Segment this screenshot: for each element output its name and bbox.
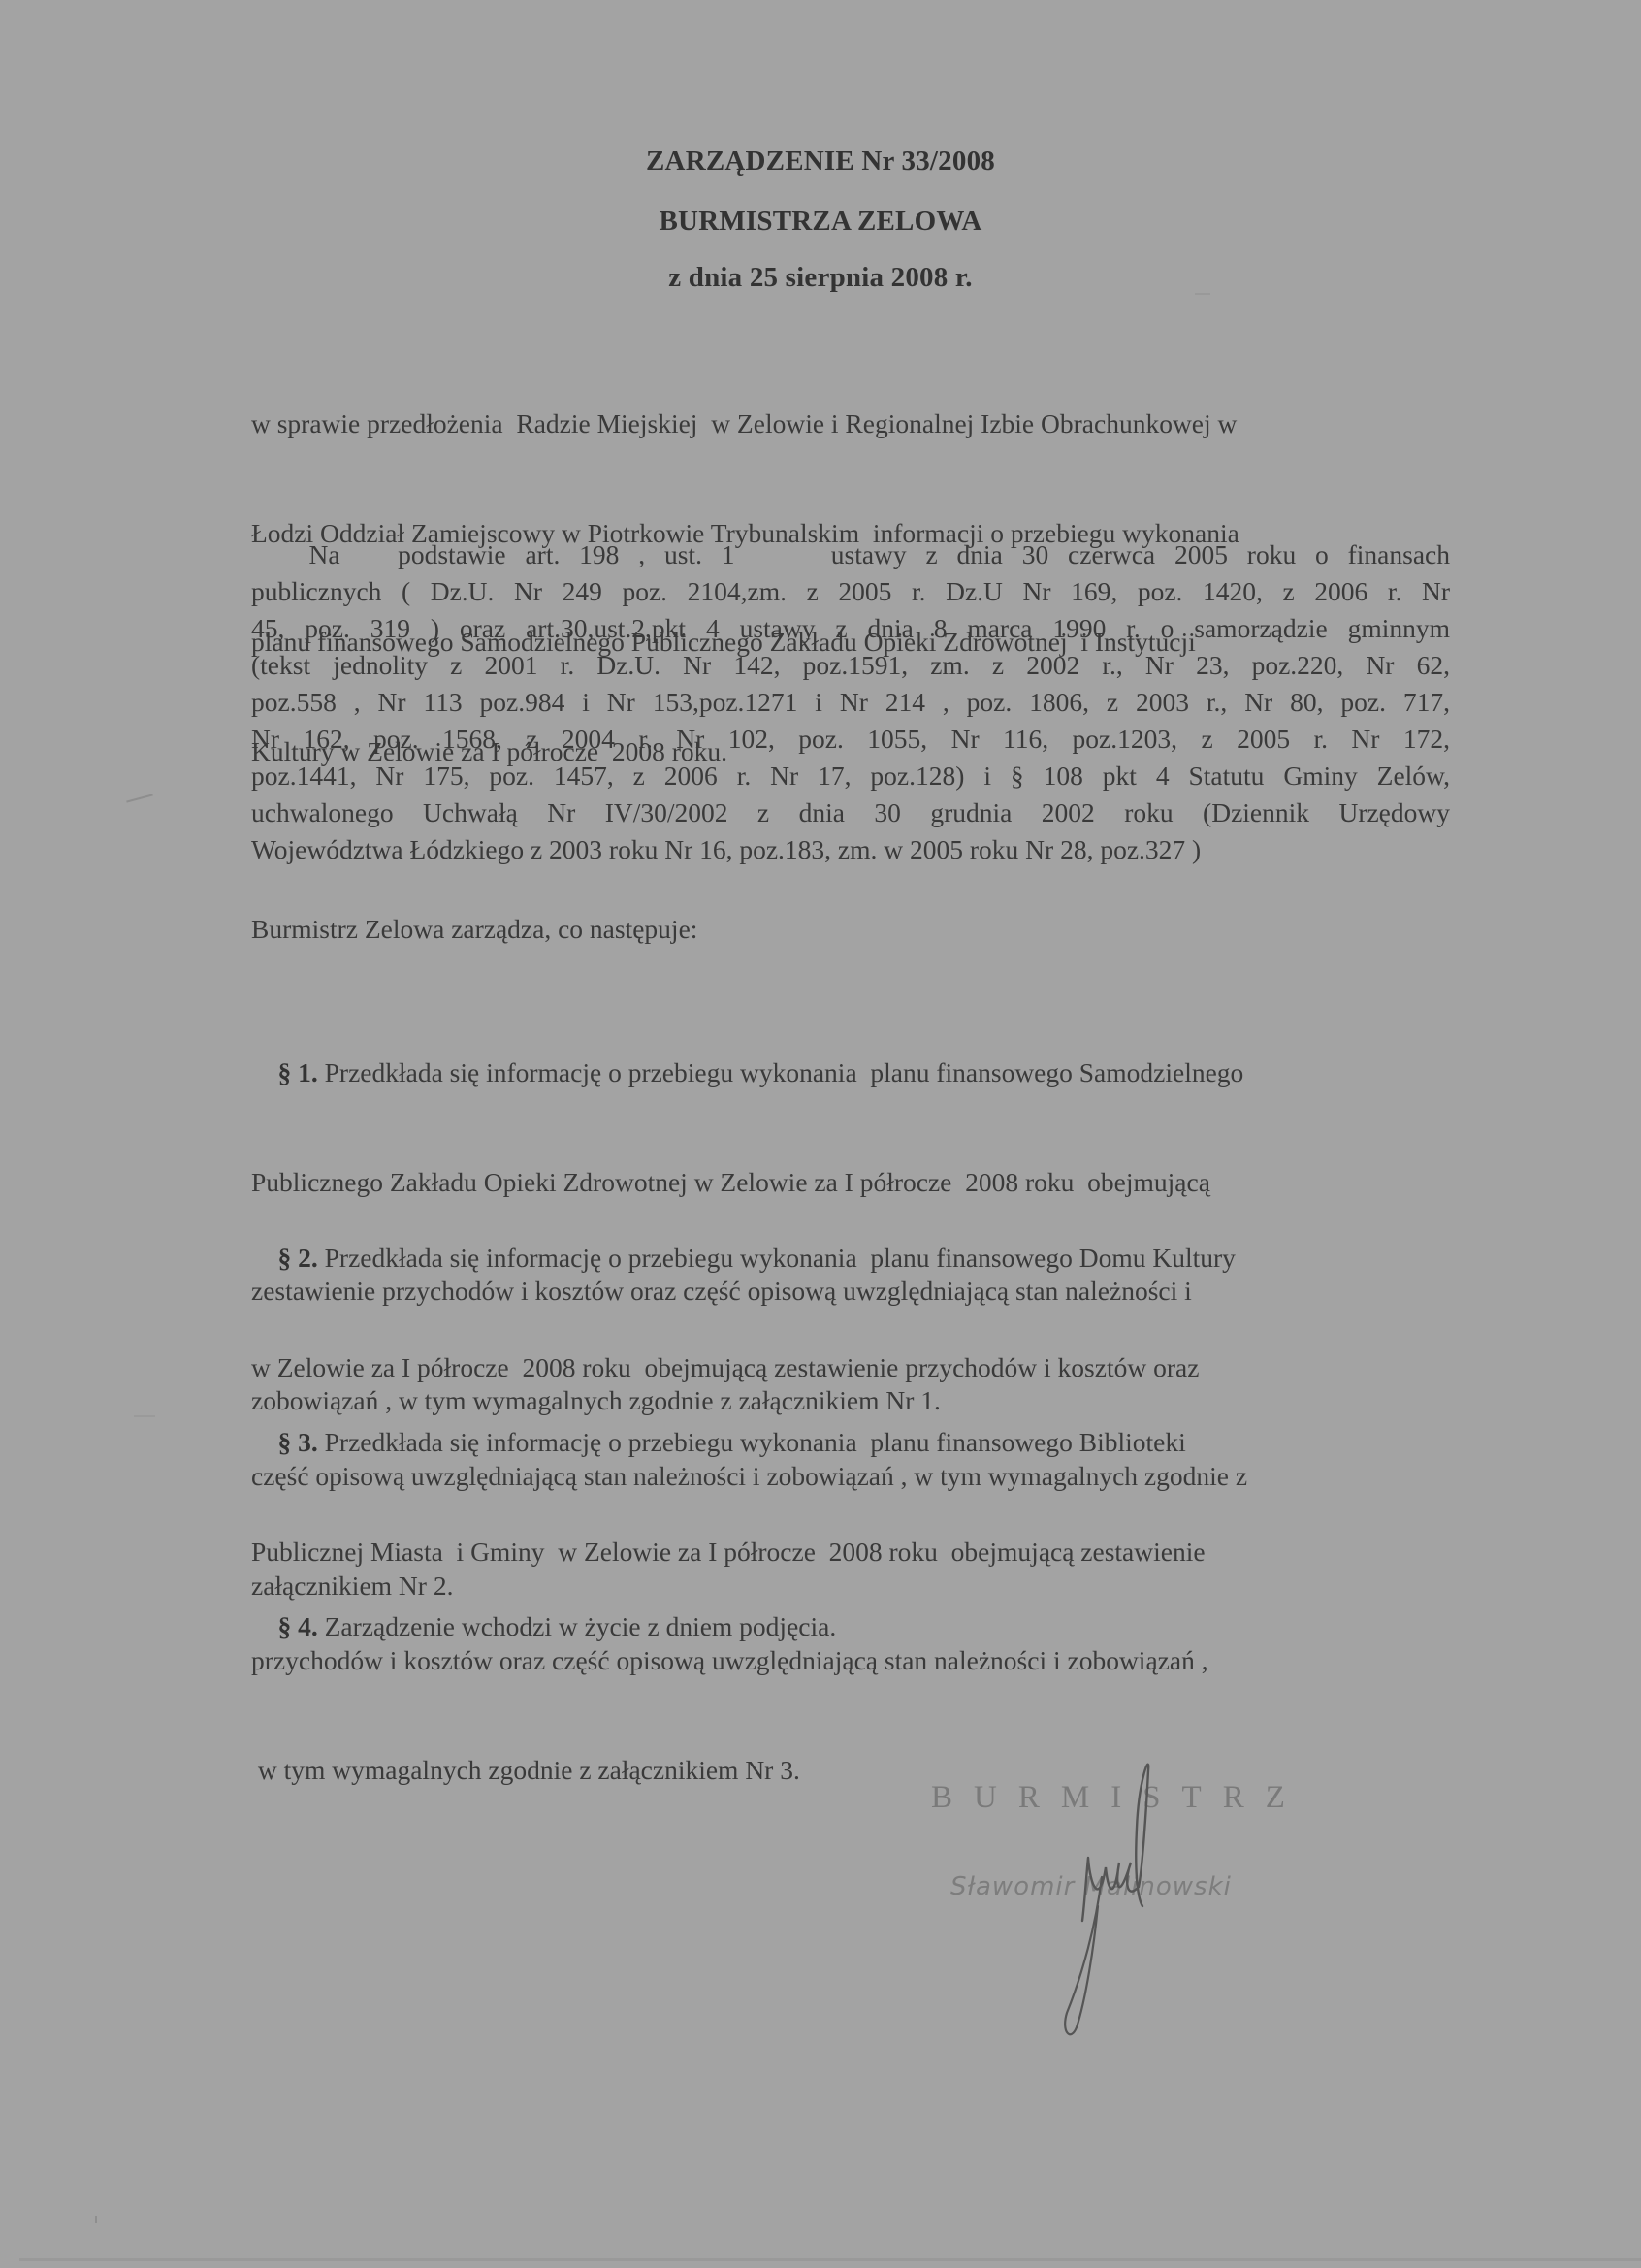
legal-basis-line: publicznych ( Dz.U. Nr 249 poz. 2104,zm.… — [251, 573, 1450, 610]
paragraph-line: Zarządzenie wchodzi w życie z dniem podj… — [318, 1611, 836, 1641]
legal-basis-line: poz.1441, Nr 175, poz. 1457, z 2006 r. N… — [251, 758, 1450, 794]
paragraph-mark: § 1. — [278, 1057, 318, 1087]
legal-basis: Na podstawie art. 198 , ust. 1 ustawy z … — [251, 536, 1450, 868]
paragraph-4: § 4. Zarządzenie wchodzi w życie z dniem… — [251, 1536, 1454, 1718]
paragraph-mark: § 4. — [278, 1611, 318, 1641]
paragraph-line: Przedkłada się informację o przebiegu wy… — [318, 1427, 1186, 1457]
scan-artifact — [134, 1415, 155, 1417]
paragraph-mark: § 3. — [278, 1427, 318, 1457]
legal-basis-line: Nr 162, poz. 1568, z 2004 r. Nr 102, poz… — [251, 721, 1450, 758]
document-date: z dnia 25 sierpnia 2008 r. — [0, 262, 1641, 294]
paragraph-mark: § 2. — [278, 1243, 318, 1273]
subject-line: w sprawie przedłożenia Radzie Miejskiej … — [251, 405, 1454, 442]
legal-basis-line: (tekst jednolity z 2001 r. Dz.U. Nr 142,… — [251, 647, 1450, 684]
document-issuer: BURMISTRZA ZELOWA — [0, 206, 1641, 238]
paragraph-line: Przedkłada się informację o przebiegu wy… — [318, 1057, 1244, 1087]
legal-basis-line: uchwalonego Uchwałą Nr IV/30/2002 z dnia… — [251, 794, 1450, 831]
legal-basis-line: Województwa Łódzkiego z 2003 roku Nr 16,… — [251, 831, 1450, 868]
handwritten-signature-icon — [1057, 1751, 1251, 2042]
paragraph-line: Przedkłada się informację o przebiegu wy… — [318, 1243, 1236, 1273]
legal-basis-line: poz.558 , Nr 113 poz.984 i Nr 153,poz.12… — [251, 684, 1450, 721]
legal-basis-line: Na podstawie art. 198 , ust. 1 ustawy z … — [251, 536, 1450, 573]
orders-intro: Burmistrz Zelowa zarządza, co następuje: — [251, 914, 697, 945]
document-title: ZARZĄDZENIE Nr 33/2008 — [0, 146, 1641, 178]
scanned-document-page: ZARZĄDZENIE Nr 33/2008 BURMISTRZA ZELOWA… — [0, 0, 1641, 2268]
scan-artifact — [95, 2216, 97, 2223]
scan-artifact — [126, 794, 153, 802]
legal-basis-line: 45, poz. 319 ) oraz art.30,ust.2,pkt 4 u… — [251, 610, 1450, 647]
scan-edge-line — [19, 2258, 1641, 2261]
scan-artifact — [1195, 293, 1210, 295]
